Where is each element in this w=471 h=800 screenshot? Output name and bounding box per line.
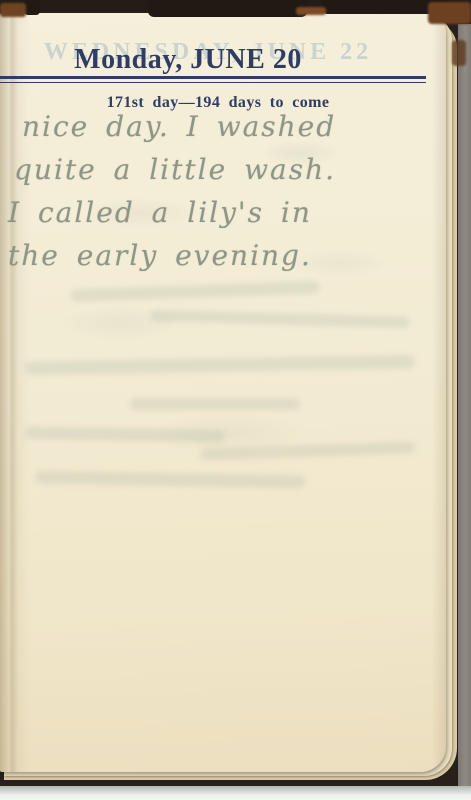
rust-spot <box>452 40 466 66</box>
rust-spot <box>0 3 26 17</box>
diary-entry: nice day. I washed quite a little wash. … <box>8 105 440 277</box>
bleed-through-smudge <box>25 426 225 442</box>
entry-line: the early evening. <box>8 234 440 277</box>
entry-line: quite a little wash. <box>8 148 440 191</box>
bleed-through-smudge <box>25 355 415 376</box>
bleed-through-smudge <box>70 281 320 303</box>
entry-line: nice day. I washed <box>8 105 440 148</box>
entry-line: I called a lily's in <box>8 191 440 234</box>
bleed-through-smudge <box>200 441 415 460</box>
header-double-rule <box>0 76 426 83</box>
rust-spot <box>428 2 471 24</box>
diary-page-scan: WEDNESDAY, JUNE 22 Monday, JUNE 20 171st… <box>0 0 471 800</box>
book-cover-top-edge <box>24 0 40 15</box>
diary-page: WEDNESDAY, JUNE 22 Monday, JUNE 20 171st… <box>0 13 446 772</box>
bleed-through-smudge <box>150 310 410 329</box>
date-title: Monday, JUNE 20 <box>0 44 376 76</box>
rust-spot <box>296 7 326 15</box>
book-cover-top-edge <box>148 0 308 17</box>
bleed-through-smudge <box>35 471 305 489</box>
bleed-through-smudge <box>130 398 300 410</box>
scanner-background-right <box>458 24 471 787</box>
scanner-background-bottom <box>0 786 471 800</box>
